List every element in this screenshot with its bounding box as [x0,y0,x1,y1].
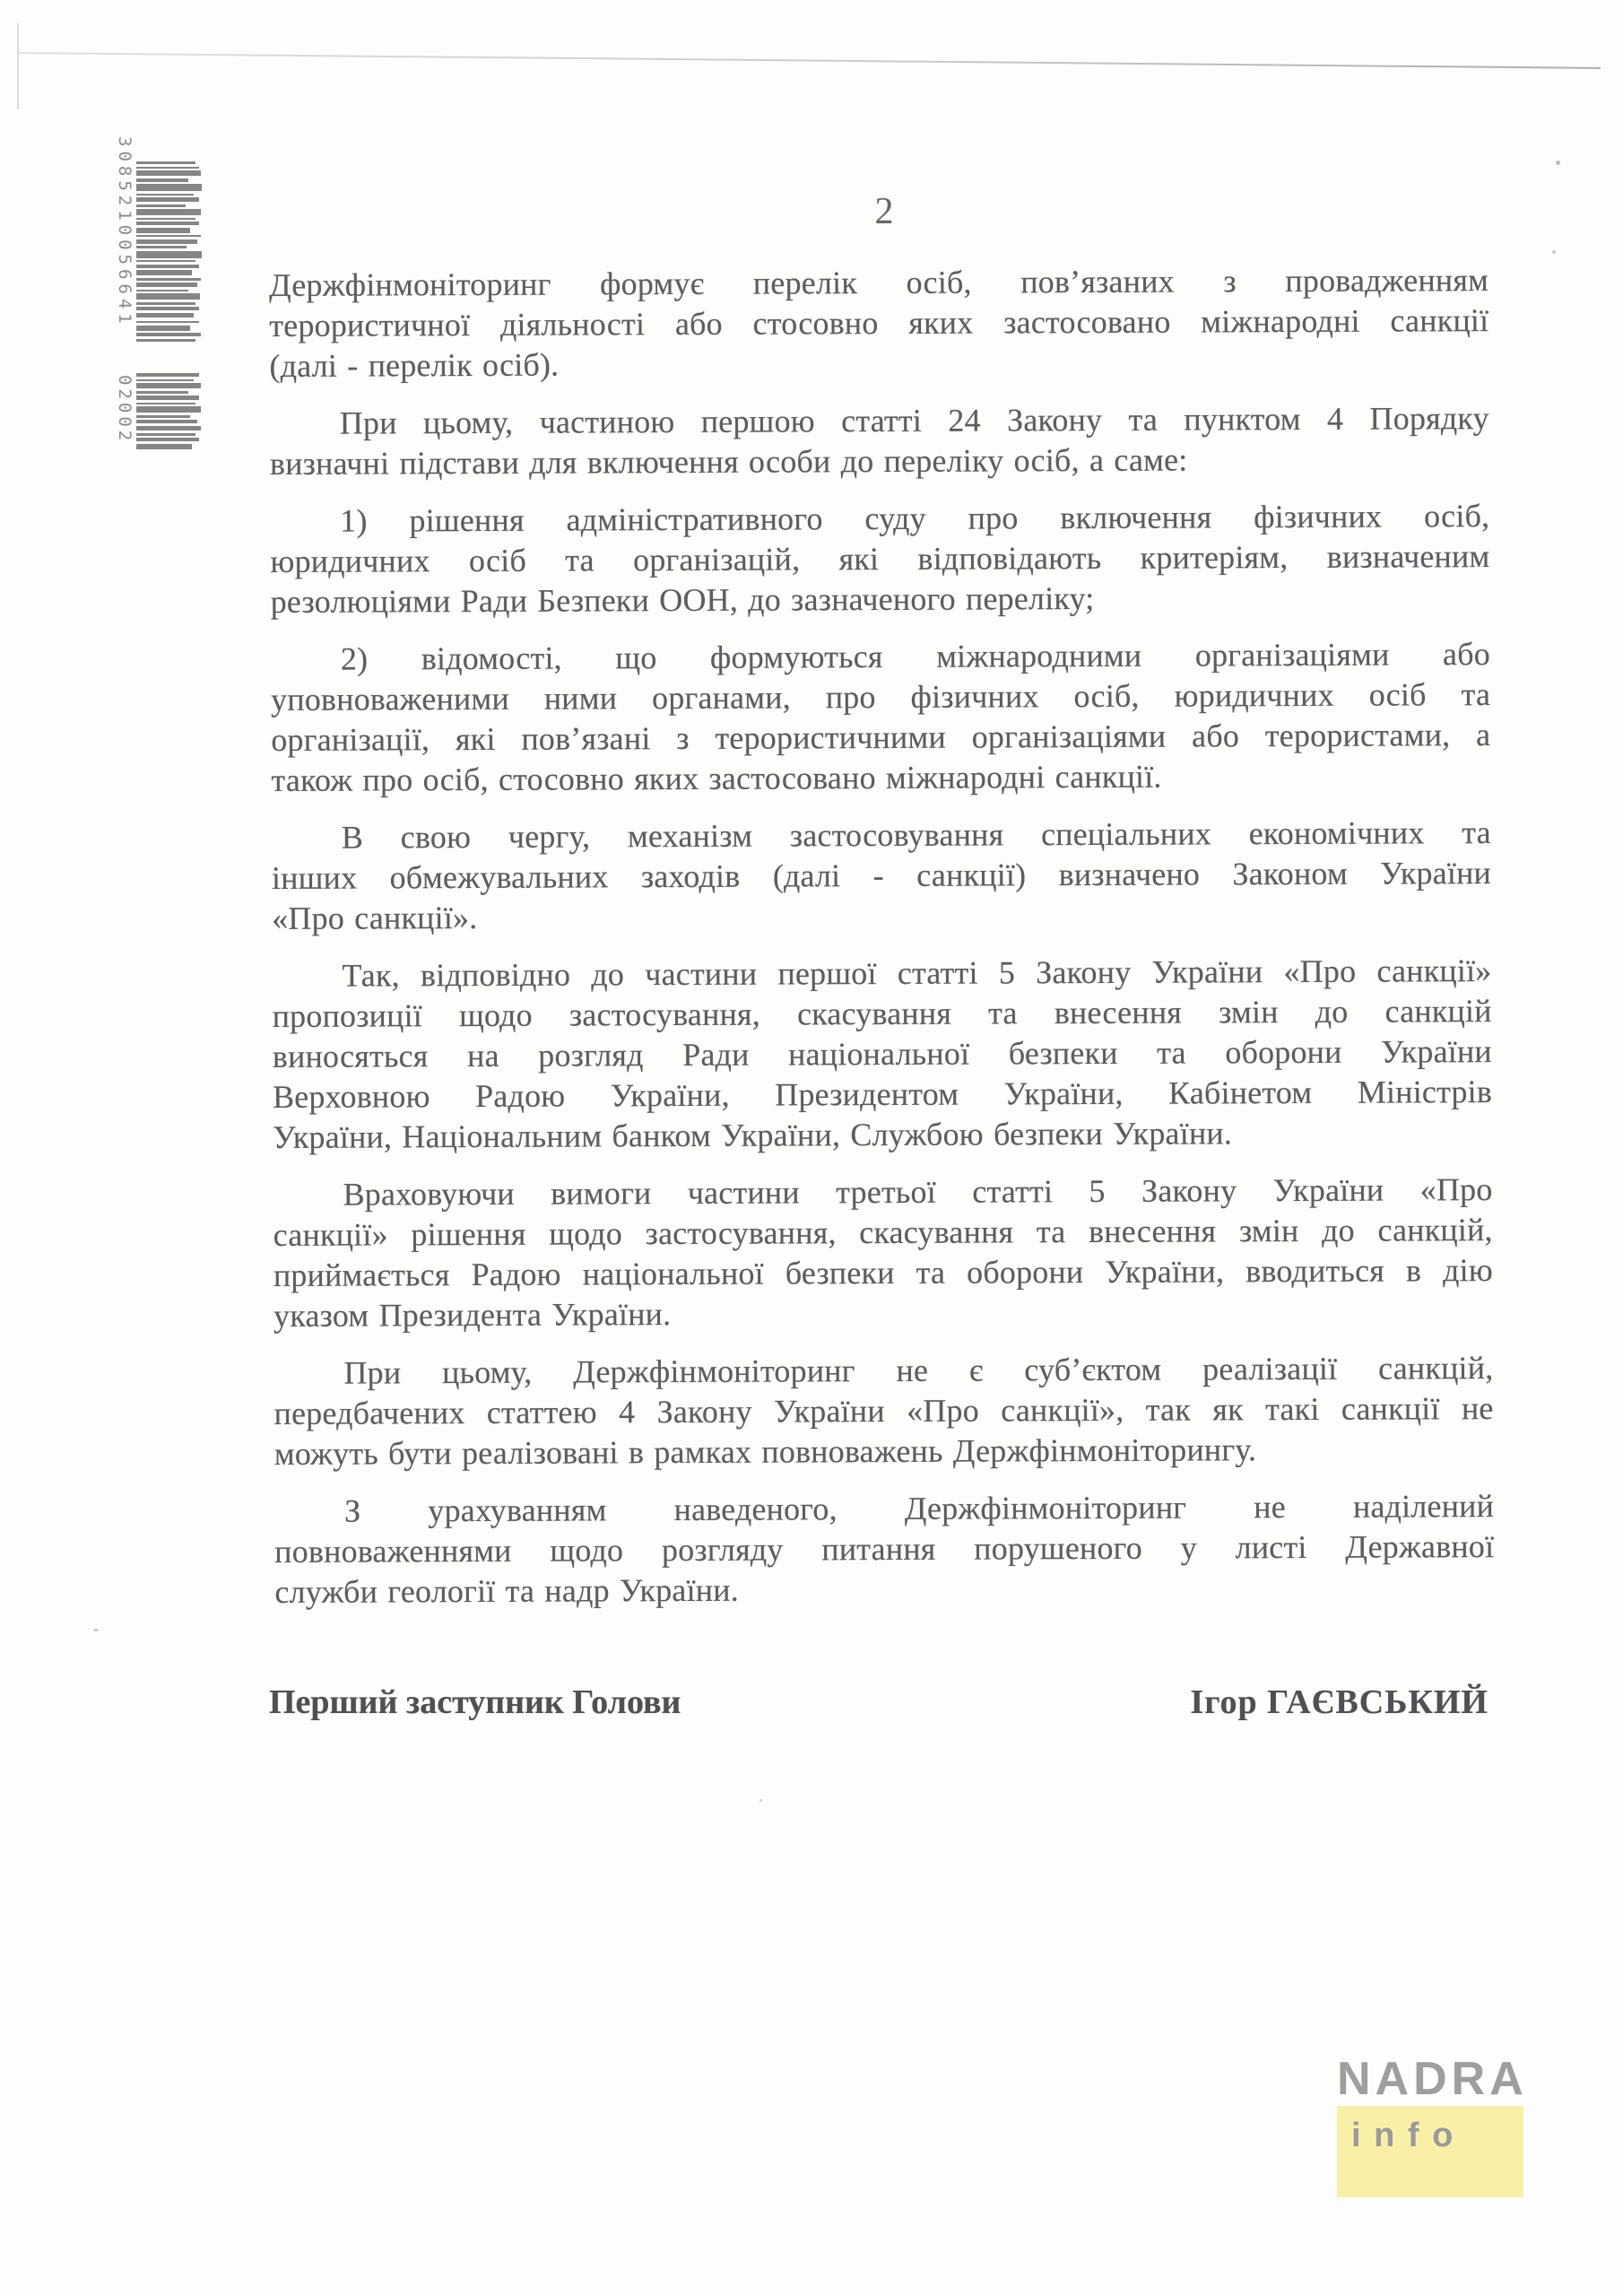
scan-artifact-line [18,52,1601,69]
barcode-bar [136,403,195,404]
paragraph: Так, відповідно до частини першої статті… [272,951,1492,1158]
watermark-info-box: i n f o [1337,2106,1523,2197]
barcode-bar [136,333,201,336]
paragraph-line: визначні підстави для включення особи до… [270,439,1489,484]
barcode-bar [136,197,199,202]
paragraph-line: 1) рішення адміністративного суду про вк… [270,496,1489,542]
barcode-bar [136,396,199,400]
barcode-bar [136,278,201,281]
barcode-bar [136,204,186,207]
barcode-bar [136,391,188,394]
signature-title: Перший заступник Голови [269,1683,681,1722]
barcode-bar [136,246,187,248]
barcode-bar [136,178,188,182]
paragraph-line: юридичних осіб та організацій, які відпо… [270,536,1489,582]
paragraph-line: пропозиції щодо застосування, скасування… [273,991,1492,1037]
barcode-bar [136,373,199,377]
paragraph-line: санкції» рішення щодо застосування, скас… [273,1210,1493,1256]
watermark-subtitle: i n f o [1337,2106,1523,2152]
paragraph-line: «Про санкції». [272,893,1491,939]
scanned-document-page: 3085210056641 02002 2 Держфінмоніторинг … [0,0,1623,2296]
paragraph-line: В свою чергу, механізм застосовування сп… [272,813,1491,858]
paragraph-line: Держфінмоніторинг формує перелік осіб, п… [269,260,1488,306]
paragraph-line: резолюціями Ради Безпеки ООН, до зазначе… [271,577,1490,622]
paragraph-line: приймається Радою національної безпеки т… [273,1250,1493,1296]
paragraph: В свою чергу, механізм застосовування сп… [272,813,1492,939]
barcode-bar [136,283,197,287]
paragraph-line: уповноваженими ними органами, про фізичн… [271,674,1490,720]
barcode-bar [136,265,199,268]
barcode-bar [136,326,190,331]
signature-row: Перший заступник Голови Ігор ГАЄВСЬКИЙ [269,1683,1488,1722]
paragraph-line: також про осіб, стосовно яких застосован… [271,755,1490,801]
paragraph-line: З урахуванням наведеного, Держфінмонітор… [274,1486,1494,1532]
paragraph: Враховуючи вимоги частини третьої статті… [273,1170,1493,1336]
barcode-bar [136,321,199,323]
paragraph-line: України, Національним банком України, Сл… [273,1112,1492,1158]
barcode-bar [136,290,188,291]
barcode-bar [136,383,201,388]
barcode-bar [136,222,199,225]
scan-speck [1552,250,1556,254]
barcode-bar [136,420,197,423]
paragraph: 1) рішення адміністративного суду про вк… [270,496,1490,622]
barcode-bar [136,194,194,196]
paragraph-line: указом Президента України. [273,1291,1493,1336]
barcode: 3085210056641 02002 [113,135,213,468]
barcode-bar [136,379,194,381]
paragraph-line: При цьому, частиною першою статті 24 Зак… [270,398,1489,444]
text-block: Держфінмоніторинг формує перелік осіб, п… [269,260,1495,1613]
paragraph-line: 2) відомості, що формуються міжнародними… [271,634,1490,680]
paragraph-line: виносяться на розгляд Ради національної … [273,1031,1492,1077]
scan-speck [759,1799,762,1802]
barcode-group-1 [136,161,202,344]
barcode-bar [136,313,194,317]
paragraph: З урахуванням наведеного, Держфінмонітор… [274,1486,1495,1613]
barcode-bar [136,339,195,342]
barcode-main-digits: 3085210056641 [115,136,135,328]
paragraph: При цьому, Держфінмоніторинг не є суб’єк… [273,1348,1494,1474]
paragraph-line: (далі - перелік осіб). [269,341,1488,387]
paragraph-line: повноваженнями щодо розгляду питання пор… [274,1526,1494,1572]
watermark-title: NADRA [1337,2056,1525,2102]
barcode-bar [136,270,192,275]
barcode-bar [136,302,195,305]
barcode-bar [136,209,201,215]
paragraph-line: організації, які пов’язані з терористичн… [271,715,1490,761]
barcode-bar [136,239,197,244]
barcode-bar [136,293,200,300]
signature-name: Ігор ГАЄВСЬКИЙ [1190,1683,1488,1722]
paragraph-line: Верховною Радою України, Президентом Укр… [273,1072,1492,1118]
barcode-bar [136,167,199,169]
paragraph-line: терористичної діяльності або стосовно як… [269,300,1488,346]
barcode-bar [136,251,202,258]
scan-speck [1556,161,1560,165]
paragraph: Держфінмоніторинг формує перелік осіб, п… [269,260,1489,387]
barcode-bar [136,184,202,191]
nadra-info-watermark: NADRA i n f o [1337,2056,1525,2197]
barcode-bar [136,235,201,237]
barcode-bar [136,415,190,418]
barcode-bar [136,161,195,164]
paragraph-line: Так, відповідно до частини першої статті… [272,951,1491,996]
barcode-bar [136,438,199,441]
barcode-group-2 [136,373,201,449]
barcode-bar [136,406,201,413]
barcode-bar [136,426,201,430]
page-number: 2 [852,190,916,233]
scan-artifact-edge [17,23,19,109]
barcode-bar [136,307,199,310]
paragraph-line: При цьому, Держфінмоніторинг не є суб’єк… [273,1348,1493,1394]
barcode-bar [136,260,195,262]
barcode-bar [136,218,195,220]
paragraph-line: служби геології та надр України. [274,1567,1494,1613]
barcode-bar [136,444,192,449]
paragraph: 2) відомості, що формуються міжнародними… [271,634,1491,801]
barcode-bar [136,433,195,436]
paragraph-line: Враховуючи вимоги частини третьої статті… [273,1170,1492,1215]
barcode-bar [136,228,190,233]
paragraph-line: можуть бути реалізовані в рамках повнова… [274,1429,1494,1474]
scan-speck [93,1629,99,1631]
paragraph: При цьому, частиною першою статті 24 Зак… [270,398,1489,484]
paragraph-line: інших обмежувальних заходів (далі - санк… [272,853,1491,899]
barcode-secondary-digits: 02002 [115,375,135,444]
paragraph-line: передбачених статтею 4 Закону України «П… [273,1388,1493,1434]
barcode-bar [136,170,201,176]
